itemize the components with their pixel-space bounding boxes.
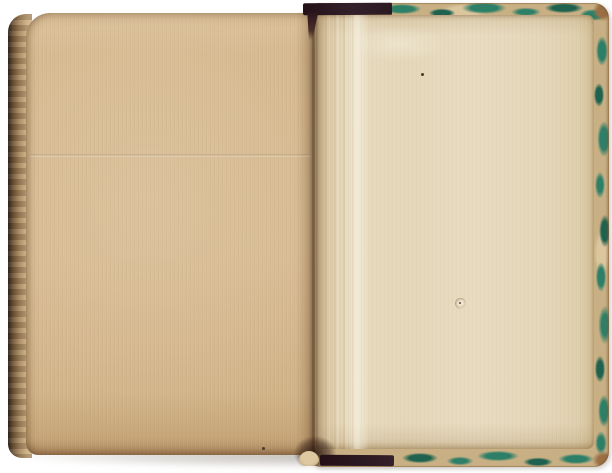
left-page-speck: [262, 447, 265, 450]
spine-gutter-shadow: [296, 12, 336, 458]
page-fold-notch: [299, 451, 319, 466]
left-blank-page: [26, 13, 315, 455]
spine-band-bottom: [320, 455, 394, 467]
right-page-dent-mark: [455, 298, 466, 309]
right-page-highlight-band: [346, 15, 370, 449]
gutter-fold-crease: [312, 12, 314, 458]
right-blank-page: [316, 15, 594, 449]
right-page-speck: [421, 73, 424, 76]
left-page-crease-line: [30, 154, 311, 157]
photo-open-book: [0, 0, 612, 473]
right-page-dent-core: [459, 302, 461, 304]
right-page-light-patch: [354, 27, 446, 61]
